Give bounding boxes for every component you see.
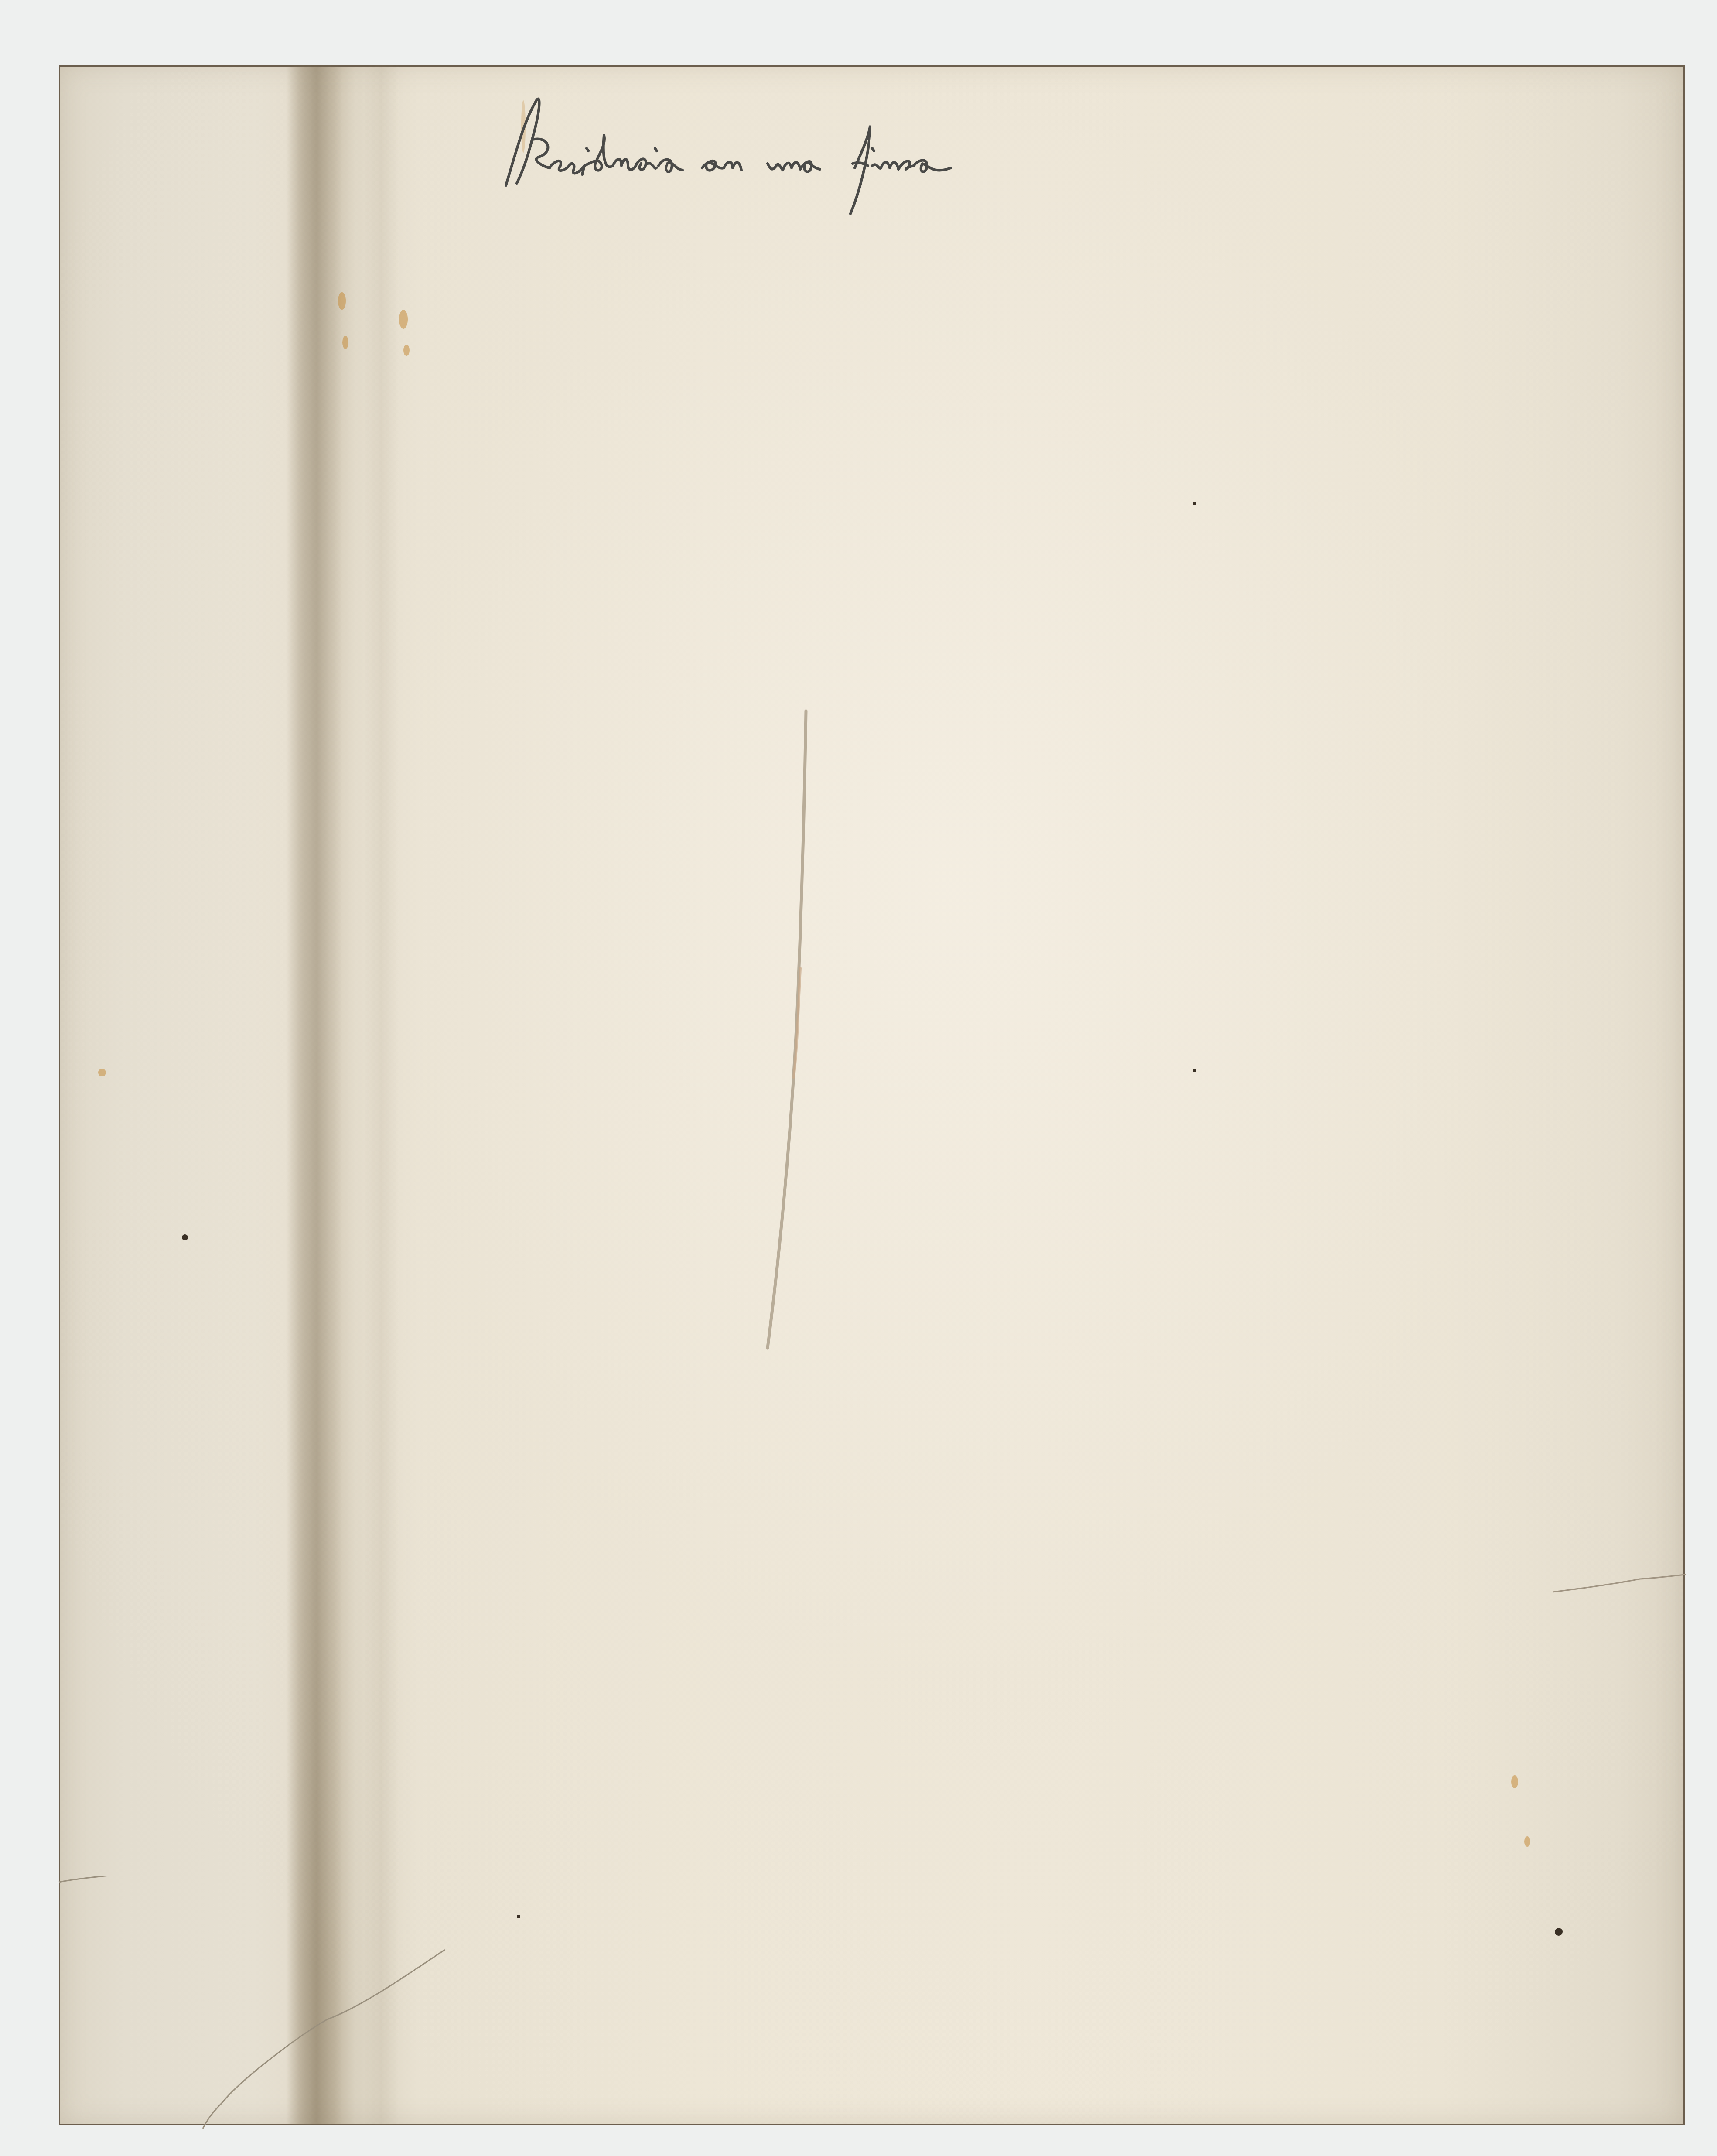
caption-text: Residencia en una finca <box>497 118 1391 194</box>
foxing-spot <box>338 292 346 310</box>
paper-sheet <box>59 65 1685 2125</box>
stain-band-light <box>364 65 399 2125</box>
ink-speck <box>1193 502 1196 505</box>
foxing-spot <box>342 336 348 349</box>
handwritten-caption: Residencia en una finca <box>497 92 1391 222</box>
scan-background: Residencia en una finca <box>0 0 1717 2156</box>
foxing-spot <box>1511 1775 1518 1788</box>
foxing-spot <box>403 345 410 356</box>
ink-speck <box>182 1234 188 1240</box>
foxing-spot <box>399 310 408 329</box>
foxing-spot <box>98 1069 106 1076</box>
edge-crack <box>1553 1570 1688 1596</box>
ink-speck <box>517 1915 520 1918</box>
foxing-spot <box>1524 1836 1530 1847</box>
hairline-crack <box>57 1876 449 2129</box>
ink-speck <box>1555 1928 1563 1936</box>
stain-band-dark <box>286 65 342 2125</box>
vertical-scratch <box>759 707 811 1352</box>
ink-speck <box>1193 1069 1196 1072</box>
